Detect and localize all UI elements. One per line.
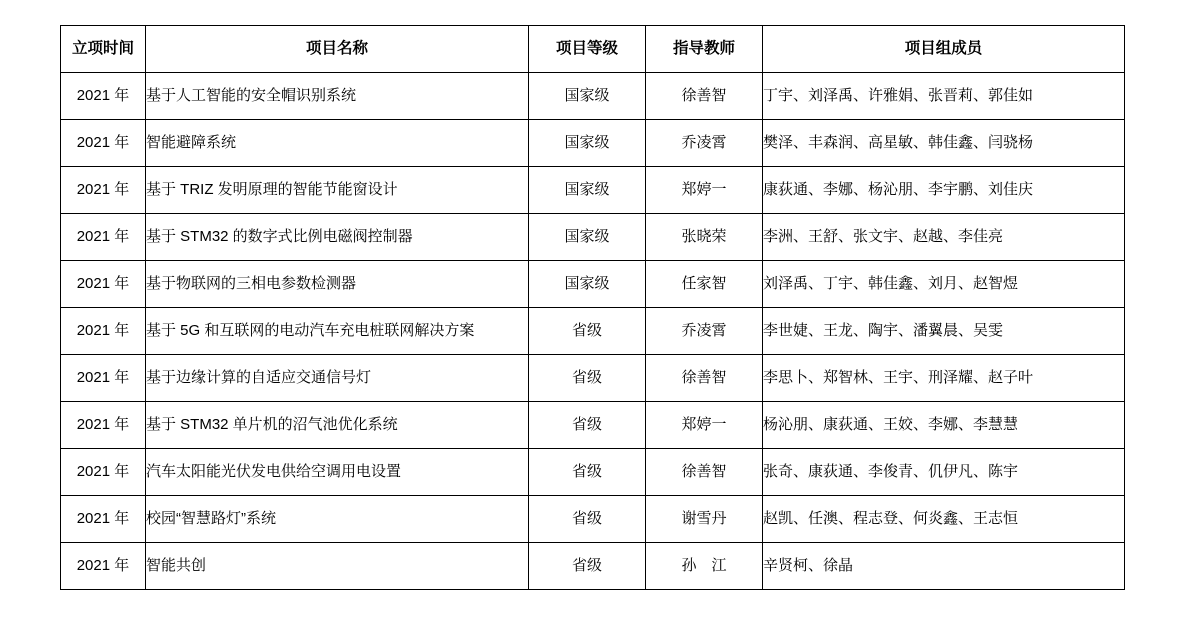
- cell-project-name: 基于 TRIZ 发明原理的智能节能窗设计: [146, 167, 529, 214]
- cell-members: 康荻通、李娜、杨沁朋、李宇鹏、刘佳庆: [763, 167, 1125, 214]
- cell-year: 2021 年: [61, 214, 146, 261]
- project-table: 立项时间 项目名称 项目等级 指导教师 项目组成员 2021 年 基于人工智能的…: [60, 25, 1125, 590]
- cell-level: 省级: [529, 496, 646, 543]
- cell-project-name: 汽车太阳能光伏发电供给空调用电设置: [146, 449, 529, 496]
- cell-teacher: 张晓荣: [646, 214, 763, 261]
- cell-year: 2021 年: [61, 120, 146, 167]
- table-row: 2021 年 基于人工智能的安全帽识别系统 国家级 徐善智 丁宇、刘泽禹、许雅娟…: [61, 73, 1125, 120]
- table-row: 2021 年 基于 STM32 的数字式比例电磁阀控制器 国家级 张晓荣 李洲、…: [61, 214, 1125, 261]
- cell-teacher: 乔凌霄: [646, 308, 763, 355]
- table-row: 2021 年 校园“智慧路灯”系统 省级 谢雪丹 赵凯、任澳、程志登、何炎鑫、王…: [61, 496, 1125, 543]
- column-header-project-name: 项目名称: [146, 26, 529, 73]
- table-row: 2021 年 基于物联网的三相电参数检测器 国家级 任家智 刘泽禹、丁宇、韩佳鑫…: [61, 261, 1125, 308]
- cell-level: 省级: [529, 449, 646, 496]
- cell-level: 国家级: [529, 167, 646, 214]
- cell-level: 省级: [529, 543, 646, 590]
- page: 立项时间 项目名称 项目等级 指导教师 项目组成员 2021 年 基于人工智能的…: [0, 0, 1182, 641]
- cell-teacher: 孙 江: [646, 543, 763, 590]
- cell-level: 国家级: [529, 214, 646, 261]
- cell-level: 国家级: [529, 73, 646, 120]
- cell-project-name: 智能共创: [146, 543, 529, 590]
- table-row: 2021 年 基于 TRIZ 发明原理的智能节能窗设计 国家级 郑婷一 康荻通、…: [61, 167, 1125, 214]
- cell-level: 省级: [529, 402, 646, 449]
- column-header-project-level: 项目等级: [529, 26, 646, 73]
- cell-level: 省级: [529, 355, 646, 402]
- cell-teacher: 任家智: [646, 261, 763, 308]
- cell-year: 2021 年: [61, 167, 146, 214]
- cell-project-name: 基于边缘计算的自适应交通信号灯: [146, 355, 529, 402]
- cell-year: 2021 年: [61, 73, 146, 120]
- cell-teacher: 徐善智: [646, 355, 763, 402]
- cell-members: 樊泽、丰森润、高星敏、韩佳鑫、闫骁杨: [763, 120, 1125, 167]
- cell-year: 2021 年: [61, 402, 146, 449]
- cell-year: 2021 年: [61, 355, 146, 402]
- table-row: 2021 年 智能共创 省级 孙 江 辛贤柯、徐晶: [61, 543, 1125, 590]
- cell-members: 杨沁朋、康荻通、王姣、李娜、李慧慧: [763, 402, 1125, 449]
- cell-project-name: 基于 STM32 的数字式比例电磁阀控制器: [146, 214, 529, 261]
- cell-teacher: 谢雪丹: [646, 496, 763, 543]
- cell-teacher: 徐善智: [646, 73, 763, 120]
- cell-teacher: 徐善智: [646, 449, 763, 496]
- cell-members: 刘泽禹、丁宇、韩佳鑫、刘月、赵智煜: [763, 261, 1125, 308]
- cell-project-name: 基于人工智能的安全帽识别系统: [146, 73, 529, 120]
- cell-project-name: 基于物联网的三相电参数检测器: [146, 261, 529, 308]
- cell-level: 国家级: [529, 120, 646, 167]
- cell-level: 国家级: [529, 261, 646, 308]
- cell-members: 李洲、王舒、张文宇、赵越、李佳亮: [763, 214, 1125, 261]
- table-row: 2021 年 汽车太阳能光伏发电供给空调用电设置 省级 徐善智 张奇、康荻通、李…: [61, 449, 1125, 496]
- cell-teacher: 郑婷一: [646, 167, 763, 214]
- table-row: 2021 年 基于 STM32 单片机的沼气池优化系统 省级 郑婷一 杨沁朋、康…: [61, 402, 1125, 449]
- cell-members: 辛贤柯、徐晶: [763, 543, 1125, 590]
- header-row: 立项时间 项目名称 项目等级 指导教师 项目组成员: [61, 26, 1125, 73]
- cell-project-name: 基于 STM32 单片机的沼气池优化系统: [146, 402, 529, 449]
- cell-level: 省级: [529, 308, 646, 355]
- cell-members: 张奇、康荻通、李俊青、仉伊凡、陈宇: [763, 449, 1125, 496]
- cell-year: 2021 年: [61, 496, 146, 543]
- cell-teacher: 乔凌霄: [646, 120, 763, 167]
- column-header-members: 项目组成员: [763, 26, 1125, 73]
- table-row: 2021 年 基于 5G 和互联网的电动汽车充电桩联网解决方案 省级 乔凌霄 李…: [61, 308, 1125, 355]
- cell-project-name: 智能避障系统: [146, 120, 529, 167]
- cell-members: 李思卜、郑智林、王宇、刑泽耀、赵子叶: [763, 355, 1125, 402]
- column-header-approval-time: 立项时间: [61, 26, 146, 73]
- cell-year: 2021 年: [61, 308, 146, 355]
- cell-year: 2021 年: [61, 543, 146, 590]
- cell-year: 2021 年: [61, 449, 146, 496]
- cell-project-name: 基于 5G 和互联网的电动汽车充电桩联网解决方案: [146, 308, 529, 355]
- cell-project-name: 校园“智慧路灯”系统: [146, 496, 529, 543]
- cell-members: 丁宇、刘泽禹、许雅娟、张晋莉、郭佳如: [763, 73, 1125, 120]
- cell-year: 2021 年: [61, 261, 146, 308]
- table-row: 2021 年 基于边缘计算的自适应交通信号灯 省级 徐善智 李思卜、郑智林、王宇…: [61, 355, 1125, 402]
- cell-members: 李世婕、王龙、陶宇、潘翼晨、吴雯: [763, 308, 1125, 355]
- cell-members: 赵凯、任澳、程志登、何炎鑫、王志恒: [763, 496, 1125, 543]
- column-header-teacher: 指导教师: [646, 26, 763, 73]
- table-row: 2021 年 智能避障系统 国家级 乔凌霄 樊泽、丰森润、高星敏、韩佳鑫、闫骁杨: [61, 120, 1125, 167]
- cell-teacher: 郑婷一: [646, 402, 763, 449]
